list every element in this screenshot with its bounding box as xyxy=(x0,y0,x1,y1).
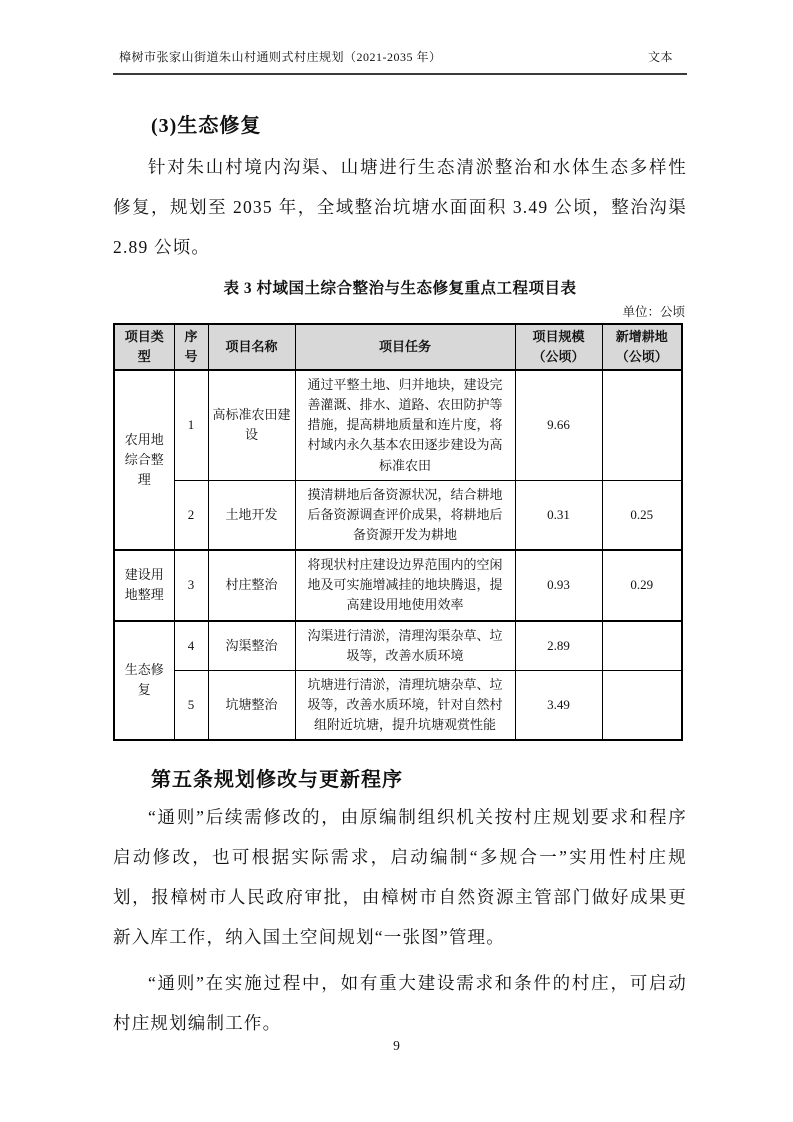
document-page: 樟树市张家山街道朱山村通则式村庄规划（2021-2035 年） 文本 (3)生态… xyxy=(0,0,793,1122)
page-number: 9 xyxy=(0,1038,793,1054)
new-farmland-cell xyxy=(602,621,682,671)
section-heading-eco-restoration: (3)生态修复 xyxy=(151,109,687,138)
project-scale-cell: 3.49 xyxy=(515,670,602,740)
running-header: 樟树市张家山街道朱山村通则式村庄规划（2021-2035 年） 文本 xyxy=(113,48,687,75)
table-row: 生态修复4沟渠整治沟渠进行清淤，清理沟渠杂草、垃圾等，改善水质环境2.89 xyxy=(114,621,682,671)
eco-paragraph: 针对朱山村境内沟渠、山塘进行生态清淤整治和水体生态多样性修复，规划至 2035 … xyxy=(113,148,687,268)
row-number-cell: 4 xyxy=(174,621,208,671)
row-number-cell: 1 xyxy=(174,370,208,480)
category-cell: 生态修复 xyxy=(114,621,174,741)
project-name-cell: 土地开发 xyxy=(208,480,295,550)
project-task-cell: 将现状村庄建设边界范围内的空闲地及可实施增减挂的地块腾退，提高建设用地使用效率 xyxy=(295,550,515,620)
project-task-cell: 坑塘进行清淤，清理坑塘杂草、垃圾等，改善水质环境，针对自然村组附近坑塘，提升坑塘… xyxy=(295,670,515,740)
column-header-scale: 项目规模 （公顷） xyxy=(515,324,602,370)
project-task-cell: 通过平整土地、归并地块，建设完善灌溉、排水、道路、农田防护等措施，提高耕地质量和… xyxy=(295,370,515,480)
header-title: 樟树市张家山街道朱山村通则式村庄规划（2021-2035 年） xyxy=(119,48,442,65)
project-scale-cell: 9.66 xyxy=(515,370,602,480)
row-number-cell: 3 xyxy=(174,550,208,620)
category-cell: 建设用地整理 xyxy=(114,550,174,620)
column-header-new-farmland: 新增耕地 （公顷） xyxy=(602,324,682,370)
column-header-number: 序 号 xyxy=(174,324,208,370)
project-task-cell: 沟渠进行清淤，清理沟渠杂草、垃圾等，改善水质环境 xyxy=(295,621,515,671)
new-farmland-cell: 0.29 xyxy=(602,550,682,620)
new-farmland-cell xyxy=(602,370,682,480)
table-unit-note: 单位：公顷 xyxy=(113,302,685,320)
project-table: 项目类 型 序 号 项目名称 项目任务 项目规模 （公顷） 新增耕地 （公顷） … xyxy=(113,323,683,742)
project-name-cell: 高标准农田建设 xyxy=(208,370,295,480)
table-header-row: 项目类 型 序 号 项目名称 项目任务 项目规模 （公顷） 新增耕地 （公顷） xyxy=(114,324,682,370)
project-scale-cell: 0.31 xyxy=(515,480,602,550)
column-header-name: 项目名称 xyxy=(208,324,295,370)
section-heading-article5: 第五条规划修改与更新程序 xyxy=(151,763,687,792)
project-name-cell: 村庄整治 xyxy=(208,550,295,620)
project-name-cell: 坑塘整治 xyxy=(208,670,295,740)
table-row: 5坑塘整治坑塘进行清淤，清理坑塘杂草、垃圾等，改善水质环境，针对自然村组附近坑塘… xyxy=(114,670,682,740)
project-name-cell: 沟渠整治 xyxy=(208,621,295,671)
project-scale-cell: 2.89 xyxy=(515,621,602,671)
column-header-task: 项目任务 xyxy=(295,324,515,370)
new-farmland-cell: 0.25 xyxy=(602,480,682,550)
table-row: 2土地开发摸清耕地后备资源状况，结合耕地后备资源调查评价成果，将耕地后备资源开发… xyxy=(114,480,682,550)
article5-paragraph-1: “通则”后续需修改的，由原编制组织机关按村庄规划要求和程序启动修改，也可根据实际… xyxy=(113,798,687,958)
header-doc-type: 文本 xyxy=(648,48,673,65)
table-row: 农用地综合整理1高标准农田建设通过平整土地、归并地块，建设完善灌溉、排水、道路、… xyxy=(114,370,682,480)
column-header-category: 项目类 型 xyxy=(114,324,174,370)
new-farmland-cell xyxy=(602,670,682,740)
project-task-cell: 摸清耕地后备资源状况，结合耕地后备资源调查评价成果，将耕地后备资源开发为耕地 xyxy=(295,480,515,550)
row-number-cell: 2 xyxy=(174,480,208,550)
row-number-cell: 5 xyxy=(174,670,208,740)
category-cell: 农用地综合整理 xyxy=(114,370,174,550)
article5-paragraph-2: “通则”在实施过程中，如有重大建设需求和条件的村庄，可启动村庄规划编制工作。 xyxy=(113,964,687,1044)
table-row: 建设用地整理3村庄整治将现状村庄建设边界范围内的空闲地及可实施增减挂的地块腾退，… xyxy=(114,550,682,620)
project-scale-cell: 0.93 xyxy=(515,550,602,620)
table-body: 农用地综合整理1高标准农田建设通过平整土地、归并地块，建设完善灌溉、排水、道路、… xyxy=(114,370,682,740)
table-caption: 表 3 村域国土综合整治与生态修复重点工程项目表 xyxy=(113,276,687,298)
